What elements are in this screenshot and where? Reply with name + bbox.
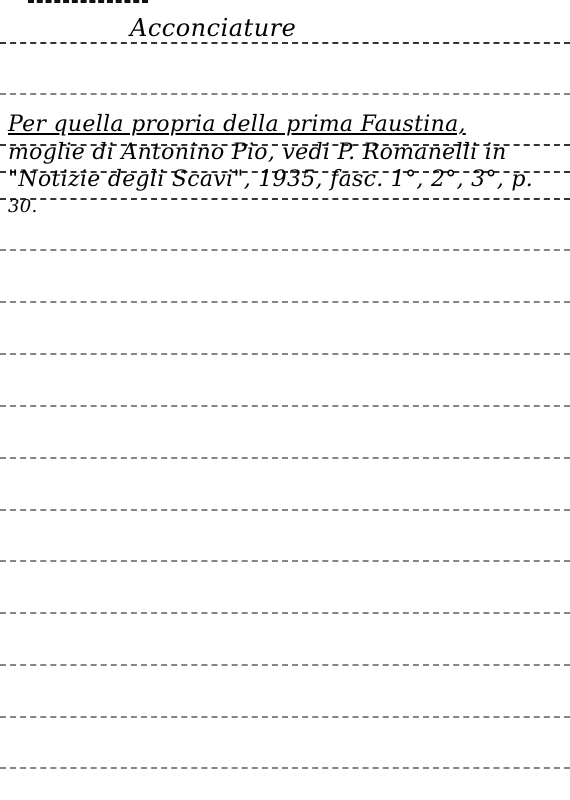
ruled-line [0,198,570,200]
text-line-2: moglie di Antonino Pio, vedi P. Romanell… [8,140,507,165]
ruled-line [0,560,570,562]
ruled-line [0,301,570,303]
text-line-3: "Notizie degli Scavi", 1935, fasc. 1°, 2… [8,167,533,192]
ruled-line [0,457,570,459]
ruled-line [0,42,570,44]
text-line-4: 30. [8,196,38,217]
ruled-line [0,249,570,251]
ruled-line [0,716,570,718]
index-card: Acconciature Per quella propria della pr… [0,0,570,800]
ruled-line [0,353,570,355]
ruled-line [0,93,570,95]
top-rule-fragment [28,0,148,3]
ruled-line [0,612,570,614]
ruled-line [0,664,570,666]
ruled-line [0,405,570,407]
card-title: Acconciature [130,14,296,42]
ruled-line [0,509,570,511]
ruled-line [0,767,570,769]
text-line-1: Per quella propria della prima Faustina, [8,112,466,137]
